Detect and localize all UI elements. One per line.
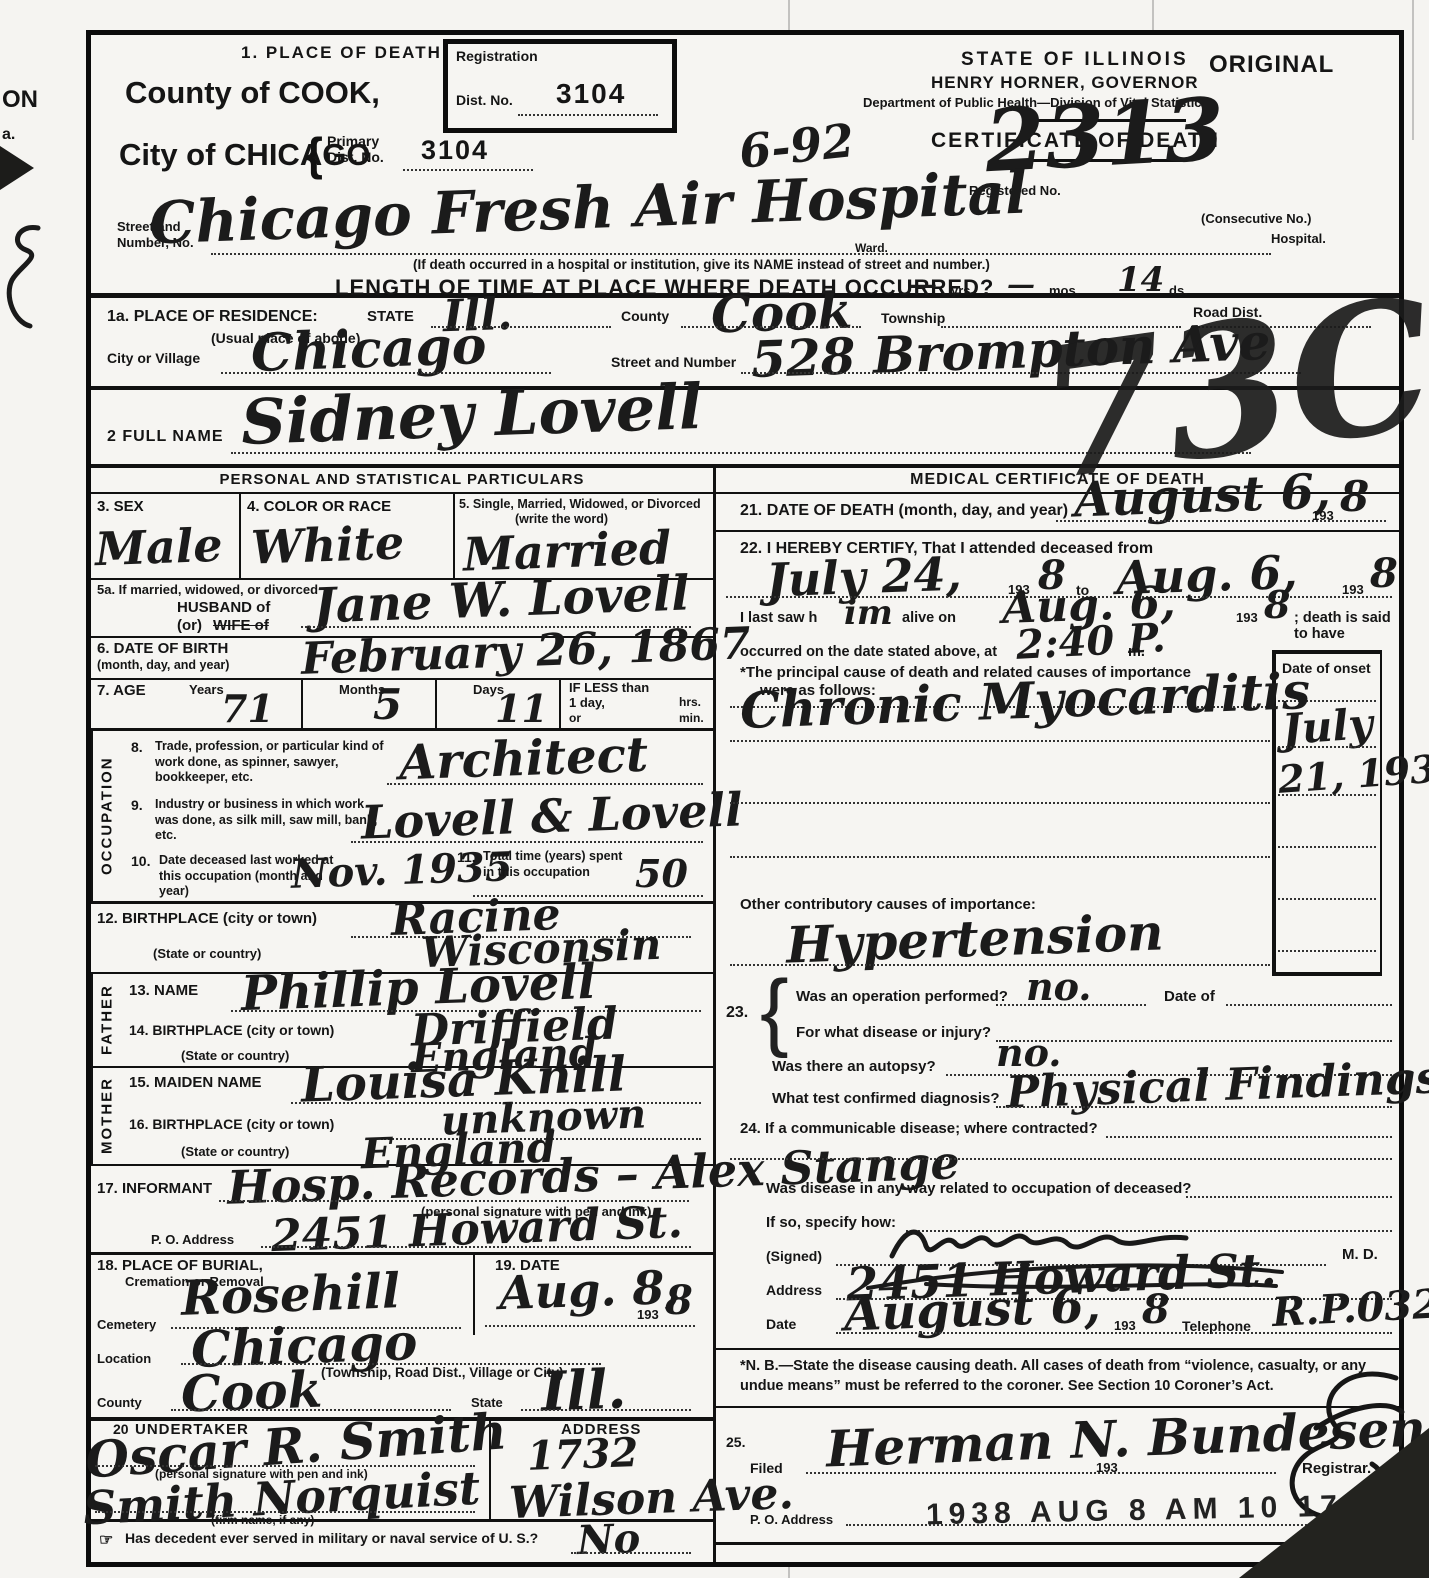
physician-date-year-pre: 193 [1114, 1318, 1136, 1333]
fold-line [1412, 0, 1414, 140]
birthplace-sub-label: (State or country) [153, 946, 261, 961]
residence-county-label: County [621, 308, 669, 324]
disease-injury-label: For what disease or injury? [796, 1024, 991, 1041]
telephone-value: R.P.0321 [1271, 1283, 1429, 1333]
onset-value-2: 21, 1938. [1277, 747, 1429, 799]
hospital-label: Hospital. [1271, 231, 1326, 246]
medical-column: MEDICAL CERTIFICATE OF DEATH 21. DATE OF… [716, 468, 1399, 1562]
last-saw-hw: im [844, 596, 893, 630]
dob-label: 6. DATE OF BIRTH [97, 640, 228, 657]
full-name-value: Sidney Lovell [240, 376, 703, 454]
certificate-body: PERSONAL AND STATISTICAL PARTICULARS 3. … [91, 468, 1399, 1562]
dotted-line [1056, 520, 1386, 522]
dotted-line [403, 169, 533, 171]
father-birthplace-label: 14. BIRTHPLACE (city or town) [129, 1022, 334, 1038]
dotted-line [996, 1106, 1392, 1108]
pointing-hand-icon: ☞ [99, 1530, 113, 1550]
mother-side-label: MOTHER [91, 1068, 121, 1164]
last-saw-year-pre: 193 [1236, 610, 1258, 625]
signed-label: (Signed) [766, 1248, 822, 1264]
last-worked-value: Nov. 1935 [290, 847, 513, 895]
q23-num: 23. [726, 1004, 748, 1022]
military-value: No [576, 1519, 641, 1561]
operation-label: Was an operation performed? [796, 988, 1008, 1005]
md-label: M. D. [1342, 1246, 1378, 1263]
operation-value: no. [1026, 968, 1092, 1006]
attended-to-year: 8 [1370, 554, 1398, 594]
age-row: 7. AGE Years 71 Months 5 Days 11 IF LESS… [91, 680, 713, 731]
spouse-label: 5a. If married, widowed, or divorced [97, 582, 318, 597]
dotted-line [221, 372, 551, 374]
or-label: (or) [177, 617, 202, 634]
dotted-line [730, 802, 1270, 804]
dotted-line [730, 740, 1270, 742]
margin-artifact-text: ON [2, 86, 38, 114]
location-note: (Township, Road Dist., Village or City) [321, 1365, 564, 1380]
consecutive-no-label: (Consecutive No.) [1201, 211, 1312, 226]
informant-row: 17. INFORMANT Hosp. Records – Alex Stang… [91, 1166, 713, 1255]
dotted-line [211, 253, 1271, 255]
dotted-line [1226, 1004, 1392, 1006]
divider [716, 530, 1399, 532]
attended-to-year-pre: 193 [1342, 582, 1364, 597]
dotted-line [1186, 1196, 1392, 1198]
last-saw-year: 8 [1264, 586, 1290, 624]
personal-heading: PERSONAL AND STATISTICAL PARTICULARS [220, 471, 585, 488]
q9-label: Industry or business in which work was d… [155, 797, 385, 844]
scan-corner-shadow [1239, 1428, 1429, 1578]
race-label: 4. COLOR OR RACE [247, 498, 391, 515]
q11-label: Total time (years) spent in this occupat… [483, 849, 623, 880]
length-yrs-value: — [909, 271, 937, 299]
birthplace-label: 12. BIRTHPLACE (city or town) [97, 910, 317, 927]
dotted-line [1278, 846, 1376, 848]
burial-county-value: Cook [180, 1365, 323, 1420]
margin-scrawl [0, 222, 50, 332]
burial-date-cell: 19. DATE Aug. 8, 193 8 [475, 1255, 713, 1335]
last-saw-pre: I last saw h [740, 610, 817, 626]
undertaker-row: 20 UNDERTAKER Oscar R. Smith (personal s… [91, 1421, 713, 1522]
test-label: What test confirmed diagnosis? [772, 1090, 1000, 1107]
dotted-line [485, 1325, 695, 1327]
military-label: Has decedent ever served in military or … [125, 1530, 538, 1546]
dist-no-label: Dist. No. [456, 92, 513, 108]
filed-year-pre: 193 [1096, 1460, 1118, 1475]
dob-row: 6. DATE OF BIRTH (month, day, and year) … [91, 638, 713, 680]
occupation-side-label: OCCUPATION [91, 731, 121, 901]
cemetery-label: Cemetery [97, 1317, 156, 1332]
occupation-block: OCCUPATION 8. Trade, profession, or part… [91, 731, 713, 904]
dotted-line [571, 1552, 691, 1554]
dotted-line [806, 1472, 1276, 1474]
margin-artifact-text-2: a. [2, 126, 15, 144]
location-label: Location [97, 1351, 151, 1366]
undertaker-address-1: 1732 [526, 1433, 639, 1477]
race-value: White [250, 519, 405, 570]
related-occupation-label: Was disease in any way related to occupa… [766, 1180, 1191, 1197]
age-days-value: 11 [495, 690, 548, 728]
physician-address-label: Address [766, 1282, 822, 1298]
wife-of-label: WIFE of [213, 617, 269, 634]
personal-heading-row: PERSONAL AND STATISTICAL PARTICULARS [91, 468, 713, 494]
physician-date-label: Date [766, 1316, 796, 1332]
sex-label: 3. SEX [97, 498, 144, 515]
burial-county-label: County [97, 1395, 142, 1410]
informant-po-value: 2451 Howard St. [270, 1201, 683, 1259]
city-or-village-label: City or Village [107, 350, 200, 366]
county-of-cook: County of COOK, [125, 75, 380, 111]
father-side-label: FATHER [91, 974, 121, 1066]
occupation-content: 8. Trade, profession, or particular kind… [121, 731, 713, 901]
q11-num: 11. [457, 849, 476, 865]
length-yrs-label: yrs. [951, 283, 974, 298]
husband-of-label: HUSBAND of [177, 599, 270, 616]
q8-num: 8. [131, 739, 143, 755]
communicable-label: 24. If a communicable disease; where con… [740, 1120, 1098, 1137]
primary-label-1: Primary [327, 133, 379, 149]
length-ds-value: 14 [1117, 263, 1164, 297]
q10-num: 10. [131, 853, 150, 869]
q9-num: 9. [131, 797, 143, 813]
military-row: ☞ Has decedent ever served in military o… [91, 1522, 713, 1562]
dotted-line [730, 964, 1270, 966]
date-of-death-label: 21. DATE OF DEATH (month, day, and year) [740, 502, 1068, 520]
certificate-header: 1. PLACE OF DEATH. Registration Dist. No… [91, 35, 1399, 298]
dotted-line [1278, 794, 1376, 796]
if-less-label-2: 1 day, [569, 695, 605, 710]
q8-label: Trade, profession, or particular kind of… [155, 739, 385, 786]
autopsy-label: Was there an autopsy? [772, 1058, 936, 1075]
divider [716, 1348, 1399, 1350]
state-heading: STATE OF ILLINOIS [961, 49, 1189, 71]
divider [559, 680, 561, 728]
age-months-value: 5 [373, 684, 402, 726]
sex-cell: 3. SEX Male [91, 494, 241, 578]
dotted-line [996, 1004, 1146, 1006]
burial-date-year: 8 [665, 1281, 693, 1321]
total-time-value: 50 [635, 855, 688, 893]
age-label: 7. AGE [97, 682, 146, 699]
father-name-label: 13. NAME [129, 982, 198, 999]
dotted-line [518, 114, 658, 116]
primary-brace: { [305, 127, 323, 181]
age-years-label: Years [189, 682, 224, 697]
dotted-line [351, 841, 703, 843]
industry-value: Lovell & Lovell [360, 786, 743, 845]
place-of-death-label: 1. PLACE OF DEATH. [241, 43, 449, 63]
dotted-line [730, 1158, 1392, 1160]
physician-date-value: August 6, [843, 1282, 1101, 1339]
registration-label: Registration [456, 48, 538, 64]
dotted-line [261, 1246, 691, 1248]
min-label: min. [679, 711, 704, 725]
or-min-label: or [569, 711, 581, 725]
occurred-m-label: m. [1128, 644, 1145, 660]
dotted-line [1106, 1136, 1392, 1138]
certificate-frame: 1. PLACE OF DEATH. Registration Dist. No… [86, 30, 1404, 1567]
last-saw-post: alive on [902, 610, 956, 626]
clerk-mark-73c: 73C [1029, 273, 1429, 506]
burial-date-year-pre: 193 [637, 1307, 659, 1322]
sex-value: Male [94, 522, 223, 572]
mother-name-label: 15. MAIDEN NAME [129, 1074, 262, 1091]
race-cell: 4. COLOR OR RACE White [241, 494, 455, 578]
trade-value: Architect [398, 731, 649, 788]
registrar-po-label: P. O. Address [750, 1512, 833, 1527]
contributory-value: Hypertension [785, 907, 1164, 970]
if-less-label-1: IF LESS than [569, 680, 649, 695]
dotted-line [1278, 898, 1376, 900]
original-label: ORIGINAL [1209, 51, 1334, 79]
divider [301, 680, 303, 728]
registration-district-box: Registration Dist. No. 3104 [443, 39, 677, 133]
dob-sub-label: (month, day, and year) [97, 658, 229, 672]
undertaker-address-cell: ADDRESS 1732 Wilson Ave. [491, 1421, 713, 1519]
filed-label: Filed [750, 1460, 783, 1476]
filed-num: 25. [726, 1434, 745, 1450]
informant-po-label: P. O. Address [151, 1232, 234, 1247]
operation-date-of-label: Date of [1164, 988, 1215, 1005]
institution-note: (If death occurred in a hospital or inst… [413, 257, 990, 272]
dob-value: February 26, 1867 [300, 622, 751, 682]
dotted-line [1278, 746, 1376, 748]
full-name-label: 2 FULL NAME [107, 428, 223, 446]
occurred-label: occurred on the date stated above, at [740, 644, 997, 660]
registration-dist-no-value: 3104 [556, 78, 626, 110]
q23-brace: { [760, 962, 789, 1061]
dotted-line [521, 1409, 691, 1411]
father-state-label: (State or country) [181, 1048, 289, 1063]
length-mos-value: — [1007, 271, 1035, 299]
primary-dist-no-value: 3104 [421, 135, 489, 166]
age-years-value: 71 [221, 690, 274, 728]
death-said-label: ; death is said to have [1294, 610, 1399, 642]
death-certificate-scan: ON a. 1. PLACE OF DEATH. Registration Di… [0, 0, 1429, 1578]
hrs-label: hrs. [679, 695, 701, 709]
date-of-death-year: 8 [1340, 476, 1369, 518]
place-of-death-value: Chicago Fresh Air Hospital [148, 164, 1028, 253]
dotted-line [730, 856, 1270, 858]
marital-label: 5. Single, Married, Widowed, or Divorced [459, 497, 701, 511]
informant-label: 17. INFORMANT [97, 1180, 212, 1197]
street-and-number-label: Street and Number [611, 354, 736, 370]
mother-birthplace-label: 16. BIRTHPLACE (city or town) [129, 1116, 334, 1132]
undertaker-signature-cell: 20 UNDERTAKER Oscar R. Smith (personal s… [91, 1421, 491, 1519]
mother-state-label: (State or country) [181, 1144, 289, 1159]
personal-column: PERSONAL AND STATISTICAL PARTICULARS 3. … [91, 468, 716, 1562]
length-mos-label: mos. [1049, 283, 1079, 298]
specify-how-label: If so, specify how: [766, 1214, 896, 1231]
primary-label-2: Dist. No. [327, 149, 384, 165]
dotted-line [836, 1332, 1392, 1334]
margin-ink-blob [0, 146, 34, 190]
divider [435, 680, 437, 728]
dotted-line [1278, 950, 1376, 952]
physician-date-year: 8 [1142, 1290, 1170, 1330]
